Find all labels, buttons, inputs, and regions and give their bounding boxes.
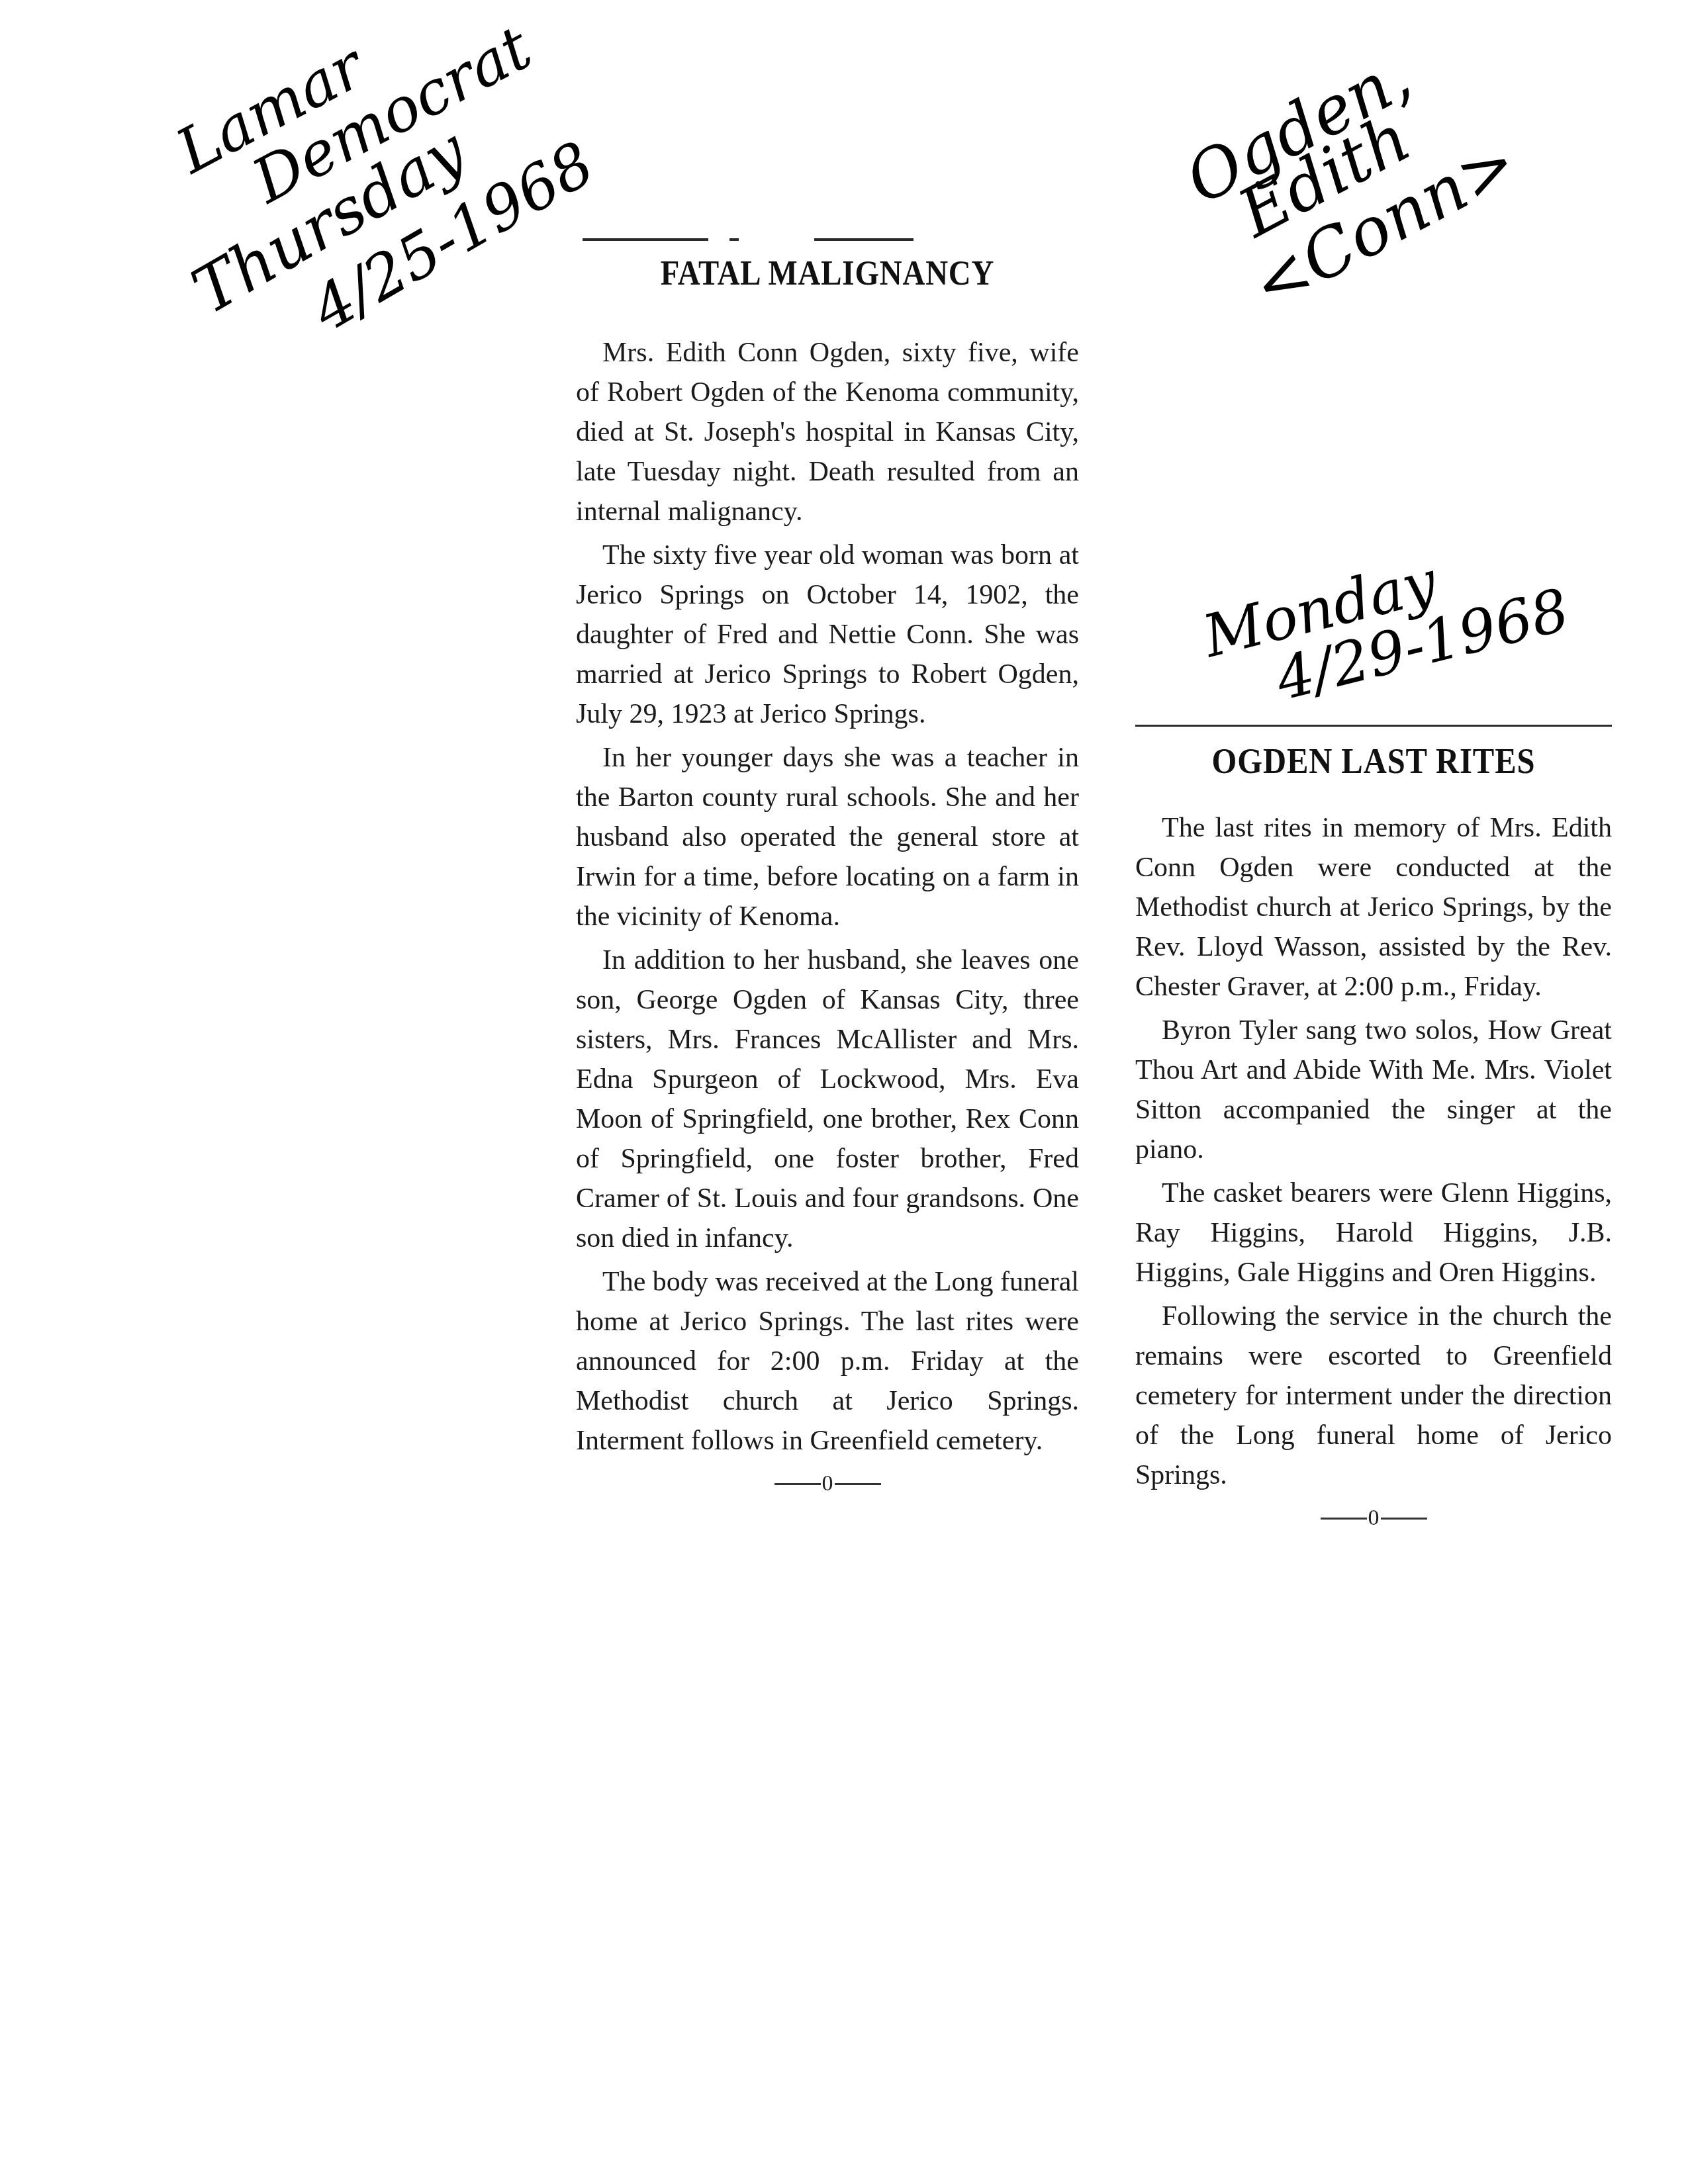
article-paragraph: The casket bearers were Glenn Higgins, R…: [1135, 1173, 1612, 1293]
end-of-article-mark: 0: [576, 1473, 1079, 1495]
article-paragraph: Following the service in the church the …: [1135, 1297, 1612, 1495]
end-of-article-mark: 0: [1135, 1507, 1612, 1529]
obituary-clipping: FATAL MALIGNANCY Mrs. Edith Conn Ogden, …: [576, 238, 1079, 1495]
article-paragraph: The body was received at the Long funera…: [576, 1262, 1079, 1461]
article-paragraph: Byron Tyler sang two solos, How Great Th…: [1135, 1011, 1612, 1169]
article-paragraph: In her younger days she was a teacher in…: [576, 738, 1079, 936]
funeral-notice-clipping: OGDEN LAST RITES The last rites in memor…: [1135, 725, 1612, 1529]
article-paragraph: The last rites in memory of Mrs. Edith C…: [1135, 808, 1612, 1007]
article-paragraph: The sixty five year old woman was born a…: [576, 535, 1079, 734]
article-headline: FATAL MALIGNANCY: [601, 254, 1054, 293]
article-paragraph: In addition to her husband, she leaves o…: [576, 940, 1079, 1258]
article-headline: OGDEN LAST RITES: [1159, 741, 1588, 782]
article-paragraph: Mrs. Edith Conn Ogden, sixty five, wife …: [576, 333, 1079, 531]
column-rule: [576, 238, 1079, 241]
column-rule: [1135, 725, 1612, 727]
